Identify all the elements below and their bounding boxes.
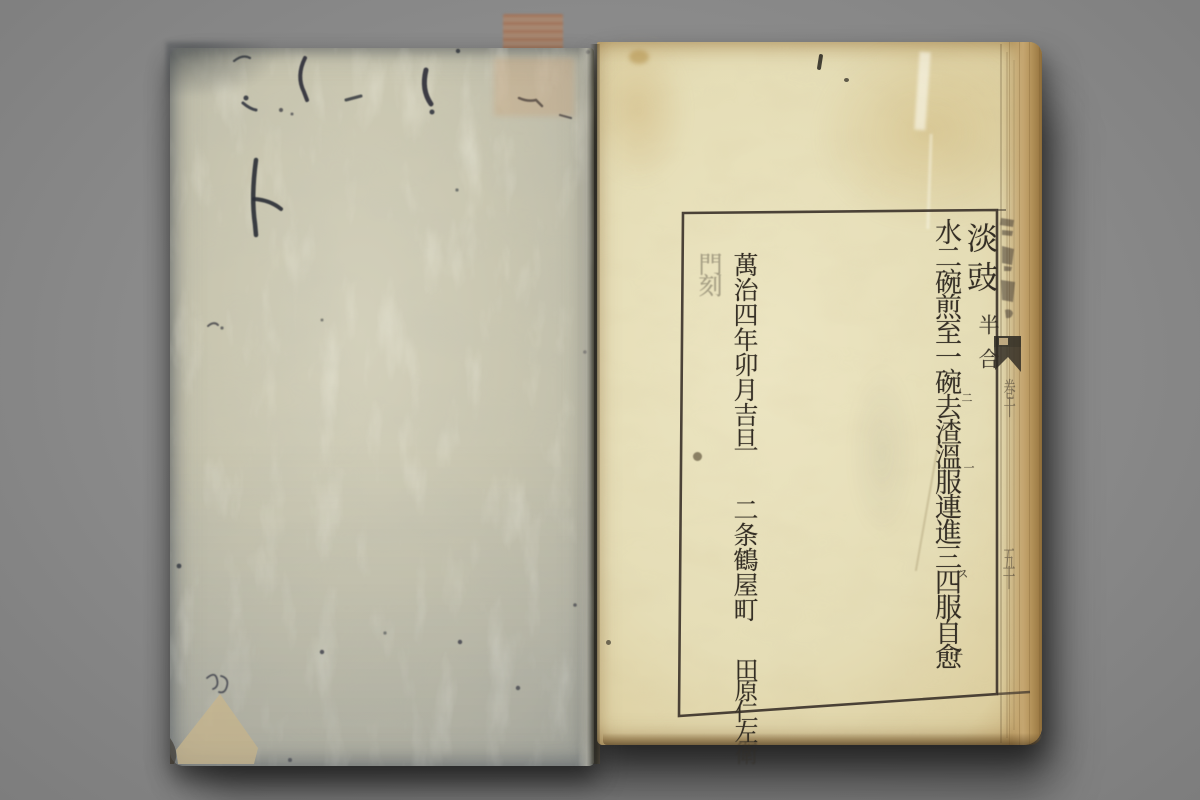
kunten-mark: 二	[958, 392, 974, 403]
colophon-column: 萬治四年卯月吉旦 二条鶴屋町 田原仁左衛門刻	[691, 252, 762, 772]
kunten-mark: ヱ	[949, 646, 965, 657]
instruction-column: 水二碗煎至一碗去渣溫服連進三四服自愈	[926, 218, 965, 698]
edge-page-number: 五十	[999, 546, 1017, 584]
corner-ink-smudge	[166, 42, 286, 102]
book-gutter	[590, 44, 600, 764]
repair-sticker-shadow-on-page	[494, 58, 574, 116]
kunten-mark: ス	[954, 568, 970, 579]
printed-frame-and-ornaments	[597, 42, 1042, 745]
colophon-date: 萬治四年卯月吉旦	[730, 252, 759, 452]
page-tone-overlay	[170, 48, 594, 766]
kunten-mark: 一	[960, 462, 976, 473]
right-page: 淡豉 半合 水二碗煎至一碗去渣溫服連進三四服自愈 二 一 ス ヱ 萬治四年卯月吉…	[597, 42, 1042, 745]
left-page	[170, 48, 594, 766]
dose-annotation: 半合	[973, 314, 1003, 382]
colophon-address: 二条鶴屋町	[730, 497, 759, 622]
edge-volume-label: 巻十	[1000, 378, 1017, 414]
photo-of-open-book: 淡豉 半合 水二碗煎至一碗去渣溫服連進三四服自愈 二 一 ス ヱ 萬治四年卯月吉…	[0, 0, 1200, 800]
